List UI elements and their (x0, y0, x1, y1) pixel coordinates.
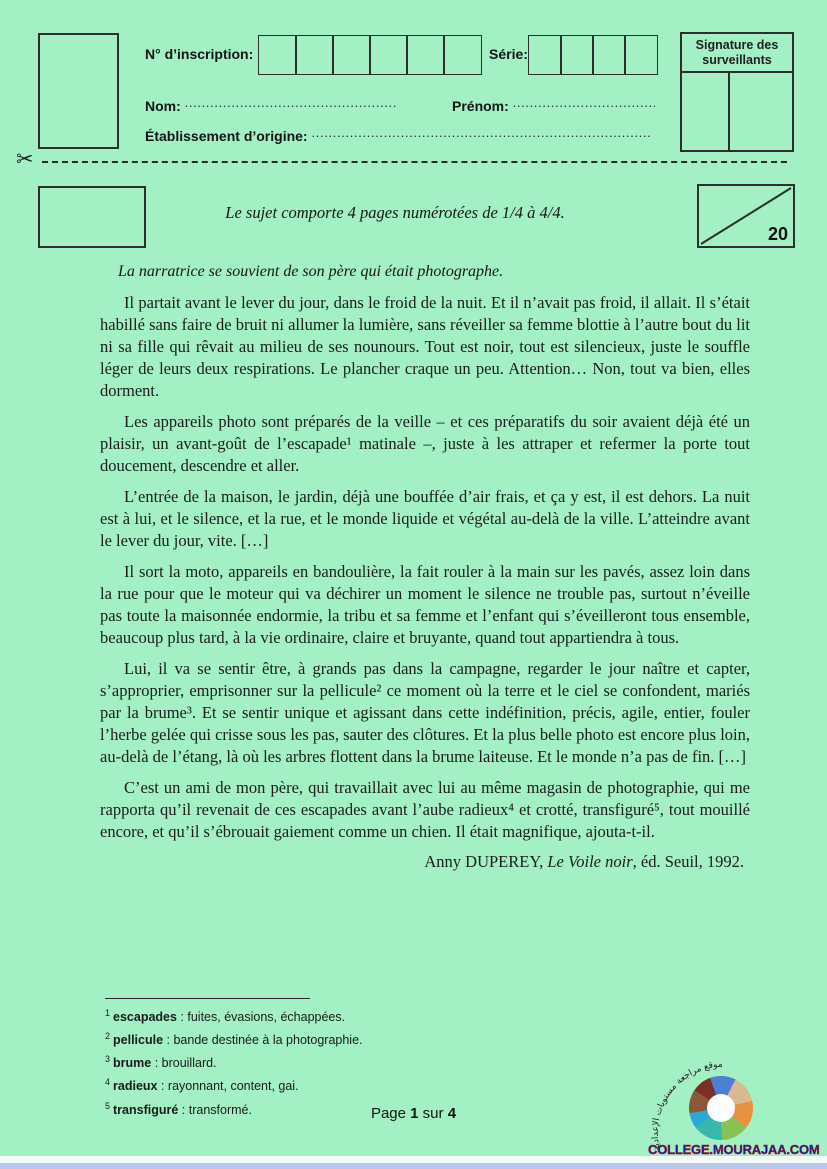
footnote-definition: : brouillard. (151, 1056, 216, 1070)
etablissement-label: Établissement d’origine: (145, 128, 308, 144)
attribution: Anny DUPEREY, Le Voile noir, éd. Seuil, … (100, 852, 750, 872)
nom-row: Nom: ...................................… (145, 95, 397, 116)
prenom-row: Prénom: ................................… (452, 95, 655, 116)
scan-edge-white (0, 1156, 827, 1163)
footnote-term: escapades (113, 1010, 177, 1024)
paragraph: Les appareils photo sont préparés de la … (100, 411, 750, 477)
serie-label: Série: (489, 46, 528, 62)
etablissement-row: Établissement d’origine: ...............… (145, 125, 652, 146)
page-current: 1 (410, 1105, 418, 1122)
footnote-number: 1 (105, 1008, 110, 1018)
paragraph: L’entrée de la maison, le jardin, déjà u… (100, 486, 750, 552)
logo-wheel-icon (689, 1076, 753, 1140)
scan-edge-blue (0, 1163, 827, 1169)
paragraph: Il partait avant le lever du jour, dans … (100, 292, 750, 402)
inscription-cell (258, 35, 297, 75)
footnote-term: brume (113, 1056, 151, 1070)
paragraph: Il sort la moto, appareils en bandoulièr… (100, 561, 750, 649)
footnote-divider (105, 998, 310, 999)
attribution-author: Anny DUPEREY, (424, 852, 547, 871)
footnote-term: pellicule (113, 1033, 163, 1047)
inscription-cell (443, 35, 482, 75)
inscription-label: N° d’inscription: (145, 46, 253, 62)
prenom-field: ........................................… (513, 95, 655, 111)
sur-word: sur (419, 1105, 448, 1122)
inscription-cell (406, 35, 445, 75)
footnote: 1escapades : fuites, évasions, échappées… (105, 1004, 363, 1027)
serie-cell (624, 35, 658, 75)
intro-line: La narratrice se souvient de son père qu… (118, 263, 503, 281)
footnote-number: 4 (105, 1077, 110, 1087)
inscription-cell (295, 35, 334, 75)
inscription-cell (369, 35, 408, 75)
paragraph: C’est un ami de mon père, qui travaillai… (100, 777, 750, 843)
footnote: 2pellicule : bande destinée à la photogr… (105, 1027, 363, 1050)
signature-cell (682, 73, 730, 150)
footnote-definition: : bande destinée à la photographie. (163, 1033, 362, 1047)
inscription-cell (332, 35, 371, 75)
etablissement-field: ........................................… (312, 125, 652, 141)
page-word: Page (371, 1105, 410, 1122)
footnote-term: radieux (113, 1080, 157, 1094)
signature-cell (730, 73, 792, 150)
footnote-definition: : rayonnant, content, gai. (157, 1080, 298, 1094)
photo-box (38, 33, 119, 149)
subject-notice: Le sujet comporte 4 pages numérotées de … (160, 203, 630, 223)
inscription-grid (258, 35, 482, 75)
score-box: 20 (697, 184, 795, 248)
page-total: 4 (448, 1105, 456, 1122)
serie-cell (528, 35, 562, 75)
score-total: 20 (768, 224, 788, 245)
footnote-definition: : fuites, évasions, échappées. (177, 1010, 345, 1024)
signature-label: Signature des surveillants (682, 34, 792, 73)
scissors-icon: ✂ (16, 149, 34, 170)
prenom-label: Prénom: (452, 98, 509, 114)
nom-label: Nom: (145, 98, 181, 114)
signature-cells (682, 73, 792, 150)
footnotes: 1escapades : fuites, évasions, échappées… (105, 998, 363, 1120)
attribution-title: Le Voile noir (547, 852, 632, 871)
stamp-box (38, 186, 146, 248)
reading-text: Il partait avant le lever du jour, dans … (100, 292, 750, 872)
serie-grid (528, 35, 658, 75)
footnote-number: 2 (105, 1031, 110, 1041)
exam-page: N° d’inscription: Série: Signature des s… (0, 0, 827, 1169)
logo-site-name: COLLEGE.MOURAJAA.COM (648, 1142, 808, 1157)
serie-cell (592, 35, 626, 75)
footnote: 4radieux : rayonnant, content, gai. (105, 1073, 363, 1096)
attribution-rest: , éd. Seuil, 1992. (633, 852, 744, 871)
serie-cell (560, 35, 594, 75)
footnote: 3brume : brouillard. (105, 1050, 363, 1073)
nom-field: ........................................… (185, 95, 397, 111)
footnote-number: 3 (105, 1054, 110, 1064)
paragraph: Lui, il va se sentir être, à grands pas … (100, 658, 750, 768)
cut-line (42, 161, 787, 163)
signature-box: Signature des surveillants (680, 32, 794, 152)
